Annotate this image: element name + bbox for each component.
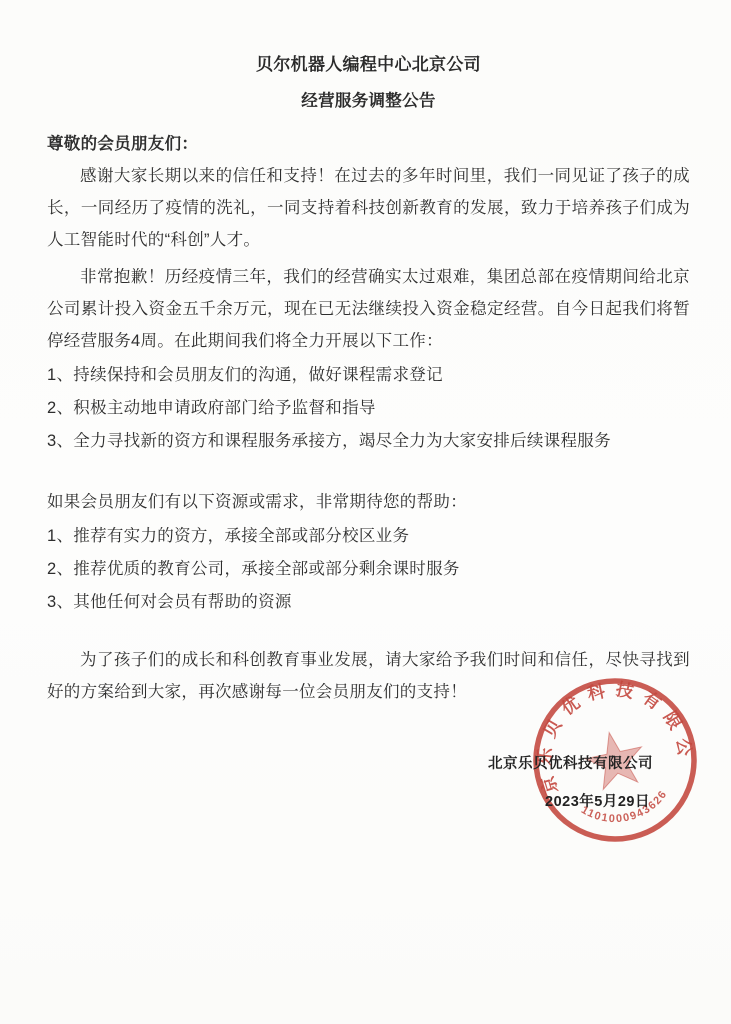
work-item-3: 3、全力寻找新的资方和课程服务承接方，竭尽全力为大家安排后续课程服务 [47,425,690,458]
work-item-2: 2、积极主动地申请政府部门给予监督和指导 [47,392,690,425]
greeting-line: 尊敬的会员朋友们： [47,128,690,160]
help-item-1: 1、推荐有实力的资方，承接全部或部分校区业务 [47,520,690,553]
paragraph-apology: 非常抱歉！历经疫情三年，我们的经营确实太过艰难，集团总部在疫情期间给北京公司累计… [47,261,690,357]
document-content: 贝尔机器人编程中心北京公司 经营服务调整公告 尊敬的会员朋友们： 感谢大家长期以… [0,0,731,708]
paragraph-thanks: 感谢大家长期以来的信任和支持！在过去的多年时间里，我们一同见证了孩子的成长，一同… [47,160,690,256]
work-plan-list: 1、持续保持和会员朋友们的沟通，做好课程需求登记 2、积极主动地申请政府部门给予… [47,359,690,458]
help-request-list: 1、推荐有实力的资方，承接全部或部分校区业务 2、推荐优质的教育公司，承接全部或… [47,520,690,619]
document-subtitle: 经营服务调整公告 [47,90,690,112]
signature-company: 北京乐贝优科技有限公司 [488,752,653,773]
document-page: 贝尔机器人编程中心北京公司 经营服务调整公告 尊敬的会员朋友们： 感谢大家长期以… [0,0,731,1024]
help-item-2: 2、推荐优质的教育公司，承接全部或部分剩余课时服务 [47,553,690,586]
help-item-3: 3、其他任何对会员有帮助的资源 [47,586,690,619]
help-request-intro: 如果会员朋友们有以下资源或需求，非常期待您的帮助： [47,486,690,518]
seal-company-arc-text: 北京乐贝优科技有限公司 [525,670,698,801]
signature-date: 2023年5月29日 [545,790,650,811]
document-title: 贝尔机器人编程中心北京公司 [47,54,690,76]
work-item-1: 1、持续保持和会员朋友们的沟通，做好课程需求登记 [47,359,690,392]
